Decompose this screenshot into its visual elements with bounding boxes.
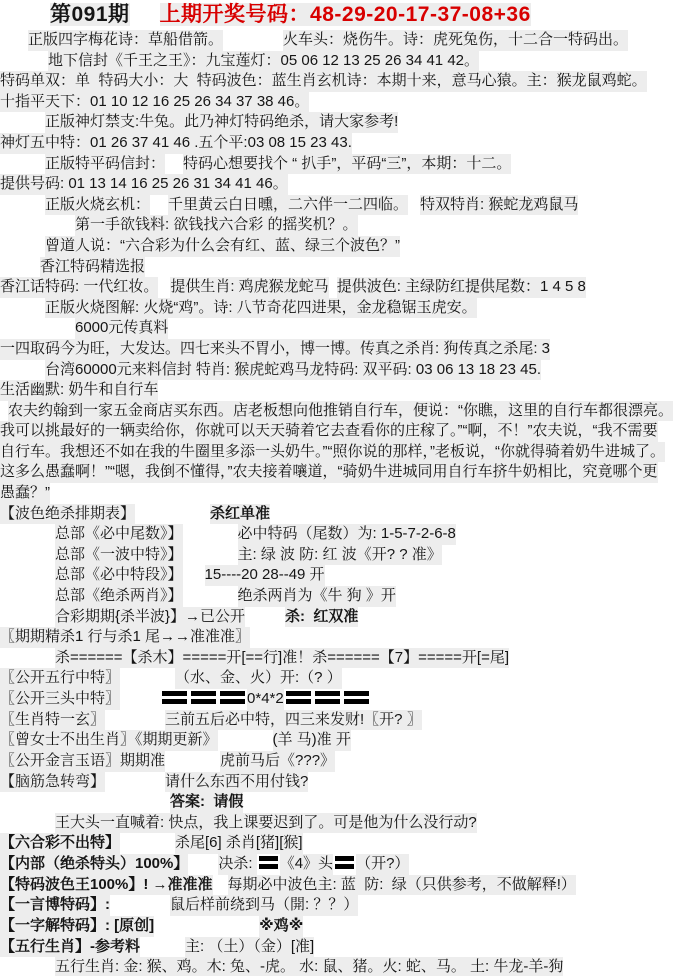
text-segment: 三前五后必中特，四三来发财!〖开? 〗 [165, 710, 422, 731]
text-line: 提供号码: 01 13 14 16 25 26 31 34 41 46。 [0, 174, 688, 195]
text-segment: 杀: 红双准 [285, 607, 358, 628]
text-line: 合彩期期{杀半波}】→已公开杀: 红双准 [0, 607, 688, 628]
black-bar-icon [344, 691, 369, 704]
text-segment: 自行车。我想还不如在我的牛圈里多添一头奶牛。”“照你说的那样，”老板说，“你就得… [0, 442, 665, 463]
text-line: 正版特平码信封：特码心想要找个 “ 扒手”，平码“三”，本期：十二。 [0, 154, 688, 175]
text-line: 总部《绝杀两肖》】绝杀两肖为《牛 狗 》开 [0, 586, 688, 607]
text-segment: 王大头一直喊着: 快点，我上课要迟到了。可是他为什么没行动? [55, 813, 477, 834]
text-segment: 愚蠢？” [0, 483, 50, 504]
text-segment: 0*4*2 [247, 689, 284, 710]
text-segment: ※鸡※ [259, 916, 303, 937]
text-line: 〖公开金言玉语〗期期准虎前马后《???》 [0, 751, 688, 772]
censored-black-bars-icon [333, 854, 356, 875]
text-segment: 15----20 28--49 开 [205, 565, 325, 586]
censored-black-bars-icon [160, 689, 247, 710]
text-line: 总部《一波中特》】主: 绿 波 防: 红 波《开? ? 准》 [0, 545, 688, 566]
text-line: 总部《必中尾数》】必中特码（尾数）为: 1-5-7-2-6-8 [0, 524, 688, 545]
text-segment: 答案: 请假 [170, 792, 243, 813]
text-segment: 【五行生肖】-参考料 [0, 937, 140, 958]
black-bar-icon [335, 856, 354, 869]
text-line: 【六合彩不出特】杀尾[6] 杀肖[猪][猴] [0, 833, 688, 854]
text-segment: (羊 马)准 开 [273, 730, 351, 751]
text-segment: 【特码波色王100%】! →准准准 [0, 875, 213, 896]
text-segment: 〖公开五行中特〗 [0, 668, 120, 689]
text-segment: 杀尾[6] 杀肖[猪][猴] [175, 833, 303, 854]
text-line: 〖公开五行中特〗（水、金、火）开:（? ） [0, 668, 688, 689]
text-segment: 【六合彩不出特】 [0, 833, 120, 854]
text-segment: 虎前马后《???》 [220, 751, 335, 772]
text-line: 王大头一直喊着: 快点，我上课要迟到了。可是他为什么没行动? [0, 813, 688, 834]
text-segment: 这多么愚蠢啊！”“嗯，我倒不懂得，”农夫接着嚷道，“骑奶牛进城同用自行车挤牛奶相… [0, 462, 658, 483]
text-segment: 地下信封《千王之王》：九宝莲灯：05 06 12 13 25 26 34 41 … [48, 51, 479, 72]
text-line: 【脑筋急转弯】请什么东西不用付钱? [0, 772, 688, 793]
text-segment: 6000元传真料 [75, 318, 168, 339]
text-segment: 我可以挑最好的一辆卖给你，你就可以天天骑着它去查看你的庄稼了。”“啊，不！”农夫… [0, 421, 658, 442]
text-line: 特码单双：单 特码大小：大 特码波色：蓝生肖玄机诗：本期十来，意马心猿。主：猴龙… [0, 71, 688, 92]
text-segment: （水、金、火）开:（? ） [175, 668, 342, 689]
censored-black-bars-icon [284, 689, 371, 710]
text-line: 一四取码今为旺，大发达。四七来头不胃小，博一博。传真之杀肖: 狗传真之杀尾: 3 [0, 339, 688, 360]
text-line: 香江特码精选报 [0, 257, 688, 278]
text-segment: 〖公开三头中特〗 [0, 689, 120, 710]
text-line: 生活幽默: 奶牛和自行车 [0, 380, 688, 401]
issue-number: 第091期 [50, 3, 130, 26]
text-line: 【波色绝杀排期表】杀红单准 [0, 504, 688, 525]
text-line: 农夫约翰到一家五金商店买东西。店老板想向他推销自行车，便说：“你瞧，这里的自行车… [0, 401, 688, 422]
text-line: 〖曾女士不出生肖〗《期期更新》(羊 马)准 开 [0, 730, 688, 751]
text-segment: 〖期期精杀1 行与杀1 尾→→准准准〗 [0, 627, 250, 648]
text-line: 地下信封《千王之王》：九宝莲灯：05 06 12 13 25 26 34 41 … [0, 51, 688, 72]
text-segment: 决杀: [218, 854, 256, 875]
text-segment: 正版四字梅花诗：草船借箭。 [28, 30, 223, 51]
text-segment: 【内部（绝杀特头）100%】 [0, 854, 188, 875]
text-line: 总部《必中特段》】15----20 28--49 开 [0, 565, 688, 586]
black-bar-icon [162, 691, 187, 704]
text-segment: 〖公开金言玉语〗期期准 [0, 751, 165, 772]
text-segment: （开?） [356, 854, 409, 875]
text-segment: 主: （土）（金）[准] [185, 937, 314, 958]
text-segment: 提供生肖: 鸡虎猴龙蛇马 [170, 277, 328, 298]
text-segment: 神灯五中特：01 26 37 41 46 .五个平:03 08 15 23 43… [0, 133, 352, 154]
text-segment: 农夫约翰到一家五金商店买东西。店老板想向他推销自行车，便说：“你瞧，这里的自行车… [8, 401, 673, 422]
text-segment: 主: 绿 波 防: 红 波《开? ? 准》 [238, 545, 442, 566]
text-segment: 〖曾女士不出生肖〗《期期更新》 [0, 730, 218, 751]
text-segment: 总部《必中尾数》】 [55, 524, 183, 545]
text-segment: 正版特平码信封： [45, 154, 165, 175]
text-line: 这多么愚蠢啊！”“嗯，我倒不懂得，”农夫接着嚷道，“骑奶牛进城同用自行车挤牛奶相… [0, 462, 688, 483]
text-line: 正版火烧玄机：千里黄云白日曛，二六伴一二四临。特双特肖: 猴蛇龙鸡鼠马 [0, 195, 688, 216]
text-segment: 五行生肖: 金: 猴、鸡。木: 兔、-虎。 水: 鼠、猪。火: 蛇、马。 土: … [55, 957, 563, 976]
text-segment: 【一言博特码】: [0, 895, 110, 916]
text-segment: 请什么东西不用付钱? [165, 772, 308, 793]
text-line: 杀======【杀木】=====开[==行]准！杀======【7】=====开… [0, 648, 688, 669]
text-line: 6000元传真料 [0, 318, 688, 339]
page-header: 第091期上期开奖号码：48-29-20-17-37-08+36 [0, 2, 688, 30]
text-segment: 鼠后样前绕到马（開: ？？） [170, 895, 358, 916]
text-line: 〖期期精杀1 行与杀1 尾→→准准准〗 [0, 627, 688, 648]
text-line: 五行生肖: 金: 猴、鸡。木: 兔、-虎。 水: 鼠、猪。火: 蛇、马。 土: … [0, 957, 688, 976]
text-line: 第一手欲钱料: 欲钱找六合彩 的摇奖机？。 [0, 215, 688, 236]
text-segment: 提供波色: 主绿防红提供尾数：1 4 5 8 [337, 277, 586, 298]
text-segment: 特码心想要找个 “ 扒手”，平码“三”，本期：十二。 [183, 154, 511, 175]
text-line: 曾道人说：“六合彩为什么会有红、蓝、绿三个波色？” [0, 236, 688, 257]
text-segment: 提供号码: 01 13 14 16 25 26 31 34 41 46。 [0, 174, 288, 195]
text-segment: 十指平天下：01 10 12 16 25 26 34 37 38 46。 [0, 92, 309, 113]
text-line: 【特码波色王100%】! →准准准每期必中波色主: 蓝 防: 绿（只供参考，不做… [0, 875, 688, 896]
text-segment: 【一字解特码】: [原创] [0, 916, 154, 937]
text-segment: 生活幽默: 奶牛和自行车 [0, 380, 158, 401]
text-segment: 杀======【杀木】=====开[==行]准！杀======【7】=====开… [55, 648, 509, 669]
text-line: 正版四字梅花诗：草船借箭。火车头：烧伤牛。诗：虎死兔伤，十二合一特码出。 [0, 30, 688, 51]
text-line: 正版火烧图解: 火烧“鸡”。诗: 八节奇花四进果，金龙稳锯玉虎安。 [0, 298, 688, 319]
text-segment: 【脑筋急转弯】 [0, 772, 105, 793]
text-segment: 每期必中波色主: 蓝 防: 绿（只供参考，不做解释!） [228, 875, 576, 896]
text-line: 【内部（绝杀特头）100%】决杀: 《4》头（开?） [0, 854, 688, 875]
text-segment: 绝杀两肖为《牛 狗 》开 [238, 586, 396, 607]
text-segment: 香江话特码: 一代红妆。 [0, 277, 158, 298]
text-line: 我可以挑最好的一辆卖给你，你就可以天天骑着它去查看你的庄稼了。”“啊，不！”农夫… [0, 421, 688, 442]
text-segment: 特双特肖: 猴蛇龙鸡鼠马 [420, 195, 578, 216]
text-segment: 总部《一波中特》】 [55, 545, 183, 566]
text-segment: 曾道人说：“六合彩为什么会有红、蓝、绿三个波色？” [45, 236, 400, 257]
text-line: 正版神灯禁支:牛兔。此乃神灯特码绝杀，请大家参考! [0, 112, 688, 133]
text-segment: 台湾60000元来料信封 特肖: 猴虎蛇鸡马龙特码: 双平码: 03 06 13… [45, 360, 541, 381]
text-segment: 第一手欲钱料: 欲钱找六合彩 的摇奖机？。 [75, 215, 358, 236]
censored-black-bars-icon [257, 854, 280, 875]
text-segment: 合彩期期{杀半波}】→已公开 [55, 607, 245, 628]
text-segment: 《4》头 [280, 854, 333, 875]
text-line: 十指平天下：01 10 12 16 25 26 34 37 38 46。 [0, 92, 688, 113]
black-bar-icon [220, 691, 245, 704]
text-segment: 正版火烧玄机： [45, 195, 150, 216]
text-segment: 特码单双：单 特码大小：大 特码波色：蓝生肖玄机诗：本期十来，意马心猿。主：猴龙… [0, 71, 647, 92]
text-segment: 【波色绝杀排期表】 [0, 504, 135, 525]
text-segment: 千里黄云白日曛，二六伴一二四临。 [168, 195, 408, 216]
black-bar-icon [286, 691, 311, 704]
text-segment: 正版神灯禁支:牛兔。此乃神灯特码绝杀，请大家参考! [45, 112, 398, 133]
lottery-tip-sheet: 第091期上期开奖号码：48-29-20-17-37-08+36 正版四字梅花诗… [0, 0, 688, 976]
text-line: 香江话特码: 一代红妆。提供生肖: 鸡虎猴龙蛇马提供波色: 主绿防红提供尾数：1… [0, 277, 688, 298]
document-body: 正版四字梅花诗：草船借箭。火车头：烧伤牛。诗：虎死兔伤，十二合一特码出。地下信封… [0, 30, 688, 976]
text-line: 台湾60000元来料信封 特肖: 猴虎蛇鸡马龙特码: 双平码: 03 06 13… [0, 360, 688, 381]
text-segment: 一四取码今为旺，大发达。四七来头不胃小，博一博。传真之杀肖: 狗传真之杀尾: 3 [0, 339, 550, 360]
last-draw-numbers: 上期开奖号码：48-29-20-17-37-08+36 [160, 3, 531, 26]
text-segment: 香江特码精选报 [40, 257, 145, 278]
text-segment: 正版火烧图解: 火烧“鸡”。诗: 八节奇花四进果，金龙稳锯玉虎安。 [45, 298, 477, 319]
text-line: 〖公开三头中特〗0*4*2 [0, 689, 688, 710]
text-segment: 杀红单准 [210, 504, 270, 525]
text-line: 【一字解特码】: [原创]※鸡※ [0, 916, 688, 937]
text-segment: 火车头：烧伤牛。诗：虎死兔伤，十二合一特码出。 [283, 30, 628, 51]
black-bar-icon [315, 691, 340, 704]
text-line: 答案: 请假 [0, 792, 688, 813]
text-line: 【五行生肖】-参考料主: （土）（金）[准] [0, 937, 688, 958]
text-segment: 〖生肖特一玄〗 [0, 710, 105, 731]
text-segment: 必中特码（尾数）为: 1-5-7-2-6-8 [238, 524, 456, 545]
text-line: 神灯五中特：01 26 37 41 46 .五个平:03 08 15 23 43… [0, 133, 688, 154]
black-bar-icon [191, 691, 216, 704]
text-line: 自行车。我想还不如在我的牛圈里多添一头奶牛。”“照你说的那样，”老板说，“你就得… [0, 442, 688, 463]
text-line: 〖生肖特一玄〗三前五后必中特，四三来发财!〖开? 〗 [0, 710, 688, 731]
text-line: 愚蠢？” [0, 483, 688, 504]
black-bar-icon [259, 856, 278, 869]
text-segment: 总部《绝杀两肖》】 [55, 586, 183, 607]
text-line: 【一言博特码】:鼠后样前绕到马（開: ？？） [0, 895, 688, 916]
text-segment: 总部《必中特段》】 [55, 565, 183, 586]
